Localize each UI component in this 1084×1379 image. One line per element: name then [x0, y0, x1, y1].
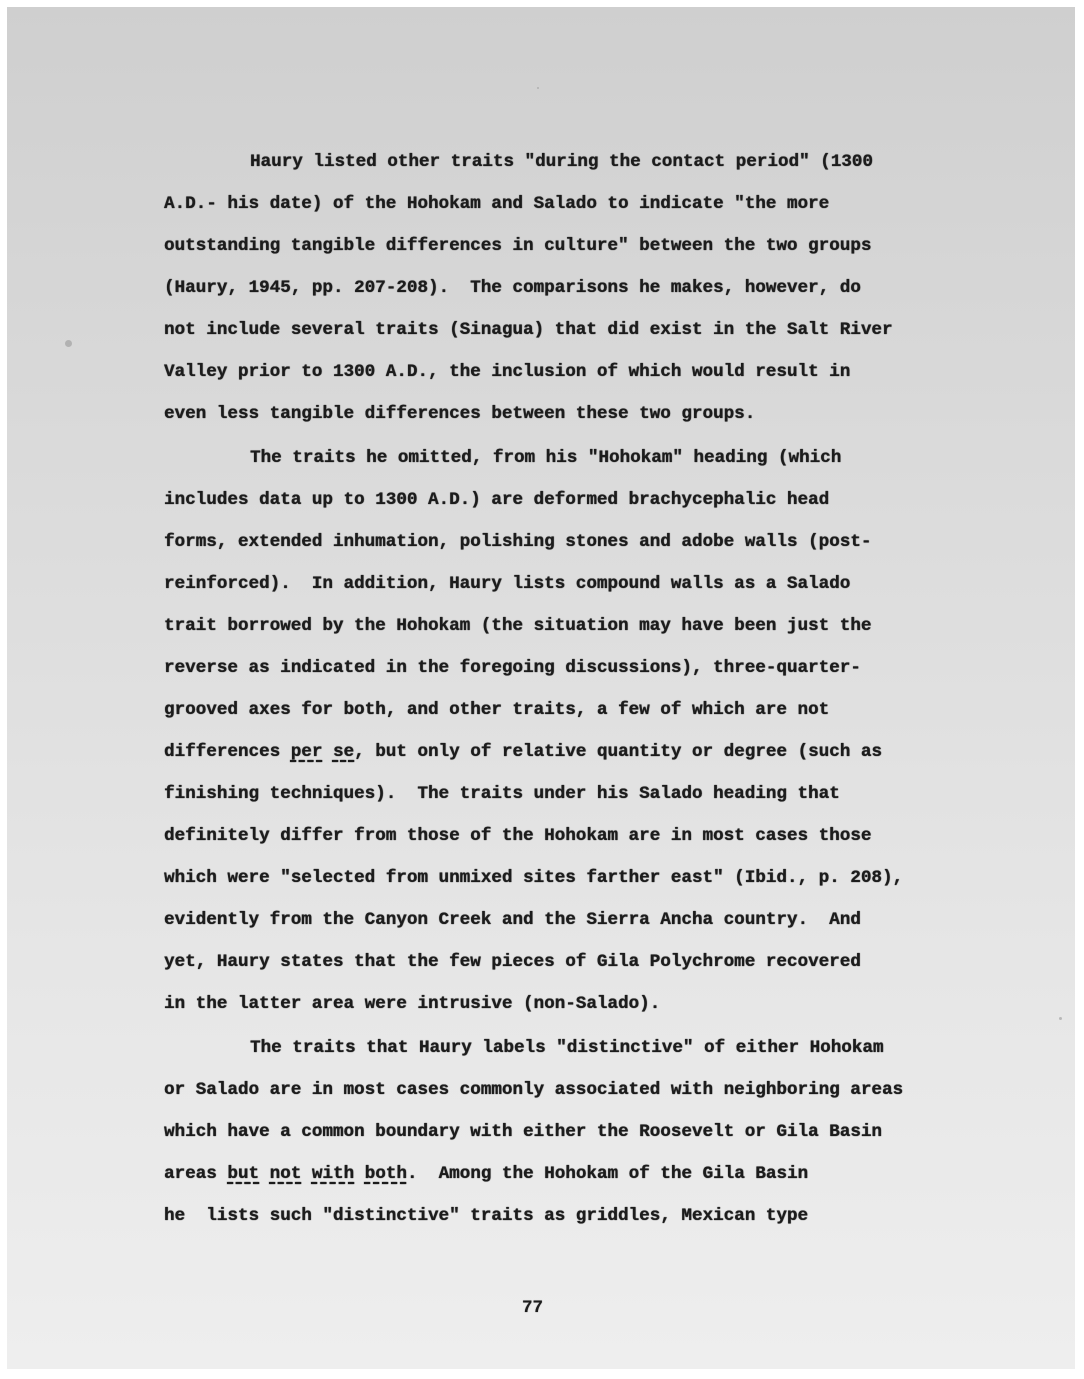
underlined-word: per [291, 742, 323, 762]
text-line: he lists such "distinctive" traits as gr… [164, 1206, 808, 1226]
page-number: 77 [522, 1298, 543, 1318]
underlined-word: both [365, 1164, 407, 1184]
underlined-word: but [227, 1164, 259, 1184]
text-run [354, 1164, 365, 1184]
text-line: even less tangible differences between t… [164, 404, 755, 424]
text-line: finishing techniques). The traits under … [164, 784, 840, 804]
paper-speck [537, 87, 539, 89]
text-run [259, 1164, 270, 1184]
underlined-word: not [270, 1164, 302, 1184]
underlined-word: with [312, 1164, 354, 1184]
text-line: which have a common boundary with either… [164, 1122, 882, 1142]
text-line: Valley prior to 1300 A.D., the inclusion… [164, 362, 850, 382]
text-line: in the latter area were intrusive (non-S… [164, 994, 660, 1014]
text-line: The traits he omitted, from his "Hohokam… [250, 448, 841, 468]
text-run: , but only of relative quantity or degre… [354, 742, 882, 762]
text-run [301, 1164, 312, 1184]
text-line: includes data up to 1300 A.D.) are defor… [164, 490, 829, 510]
text-run: areas [164, 1164, 227, 1184]
text-line: A.D.- his date) of the Hohokam and Salad… [164, 194, 829, 214]
document-page: Haury listed other traits "during the co… [7, 7, 1075, 1369]
paper-speck [65, 340, 72, 347]
text-line: reverse as indicated in the foregoing di… [164, 658, 861, 678]
text-line: yet, Haury states that the few pieces of… [164, 952, 861, 972]
underlined-word: se [333, 742, 354, 762]
text-line: evidently from the Canyon Creek and the … [164, 910, 861, 930]
text-line: definitely differ from those of the Hoho… [164, 826, 871, 846]
text-line: grooved axes for both, and other traits,… [164, 700, 829, 720]
paper-speck [1059, 1017, 1062, 1020]
text-line: areas but not with both. Among the Hohok… [164, 1164, 808, 1184]
text-run: . Among the Hohokam of the Gila Basin [407, 1164, 808, 1184]
text-line: Haury listed other traits "during the co… [250, 152, 873, 172]
text-run [322, 742, 333, 762]
text-line: or Salado are in most cases commonly ass… [164, 1080, 903, 1100]
text-line: differences per se, but only of relative… [164, 742, 882, 762]
text-run: differences [164, 742, 291, 762]
text-line: (Haury, 1945, pp. 207-208). The comparis… [164, 278, 861, 298]
text-line: outstanding tangible differences in cult… [164, 236, 871, 256]
text-line: forms, extended inhumation, polishing st… [164, 532, 871, 552]
text-line: which were "selected from unmixed sites … [164, 868, 903, 888]
text-line: The traits that Haury labels "distinctiv… [250, 1038, 883, 1058]
text-line: trait borrowed by the Hohokam (the situa… [164, 616, 871, 636]
text-line: not include several traits (Sinagua) tha… [164, 320, 893, 340]
text-line: reinforced). In addition, Haury lists co… [164, 574, 850, 594]
